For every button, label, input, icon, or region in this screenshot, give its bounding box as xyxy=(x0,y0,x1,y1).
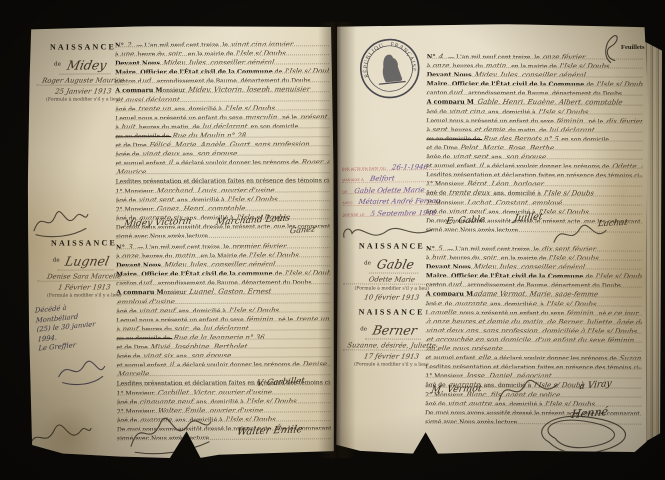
signature: Lachat xyxy=(597,218,628,230)
signature: Juillet xyxy=(513,211,543,224)
printed-form-text: signé avec Nous après lecture. xyxy=(425,418,519,424)
surname-handwritten: Berner xyxy=(365,322,425,339)
greffier-signature-flourish xyxy=(55,356,109,386)
register-scan: NAISSANCE deMidey Roger Auguste Maurice … xyxy=(0,0,665,480)
surname-handwritten: Lugnel xyxy=(58,253,117,270)
signature-flourish xyxy=(30,204,90,238)
right-page: RÉPUBLIQUE FRANÇAISE Deuxième PAR ACTE E… xyxy=(335,23,649,454)
form-line: signé avec Nous après lecture. xyxy=(425,414,641,424)
printed-form-text: signé avec Nous après lecture. xyxy=(117,435,211,441)
act4-body: N° 4. — L'an mil neuf cent treize, le on… xyxy=(426,50,643,233)
feuillets-printed-label: Feuillets xyxy=(621,44,644,51)
signature: E. Gable xyxy=(445,215,485,227)
act5-body: N° 5. — L'an mil neuf cent treize, le di… xyxy=(425,242,642,425)
left-page: NAISSANCE deMidey Roger Auguste Maurice … xyxy=(27,25,335,459)
paper-stain xyxy=(35,406,105,466)
seated-marianne-figure xyxy=(381,54,402,83)
act2-body: N° 2. — L'an mil neuf cent treize, le vi… xyxy=(115,37,330,238)
republique-francaise-stamp: RÉPUBLIQUE FRANÇAISE xyxy=(356,35,424,103)
note-template-text: DRESSÉ LE xyxy=(343,212,365,216)
act3-body: N° 3. — L'an mil neuf cent treize, le pr… xyxy=(116,239,331,440)
signature: M. Vermot xyxy=(430,383,482,396)
surname-handwritten: Midey xyxy=(59,57,114,74)
printed-form-text: signé avec Nous après lecture. xyxy=(426,226,520,232)
surname-handwritten: Gable xyxy=(369,256,422,273)
printed-form-text: signé avec Nous après lecture. xyxy=(116,233,210,239)
signature-flourish xyxy=(23,418,93,454)
